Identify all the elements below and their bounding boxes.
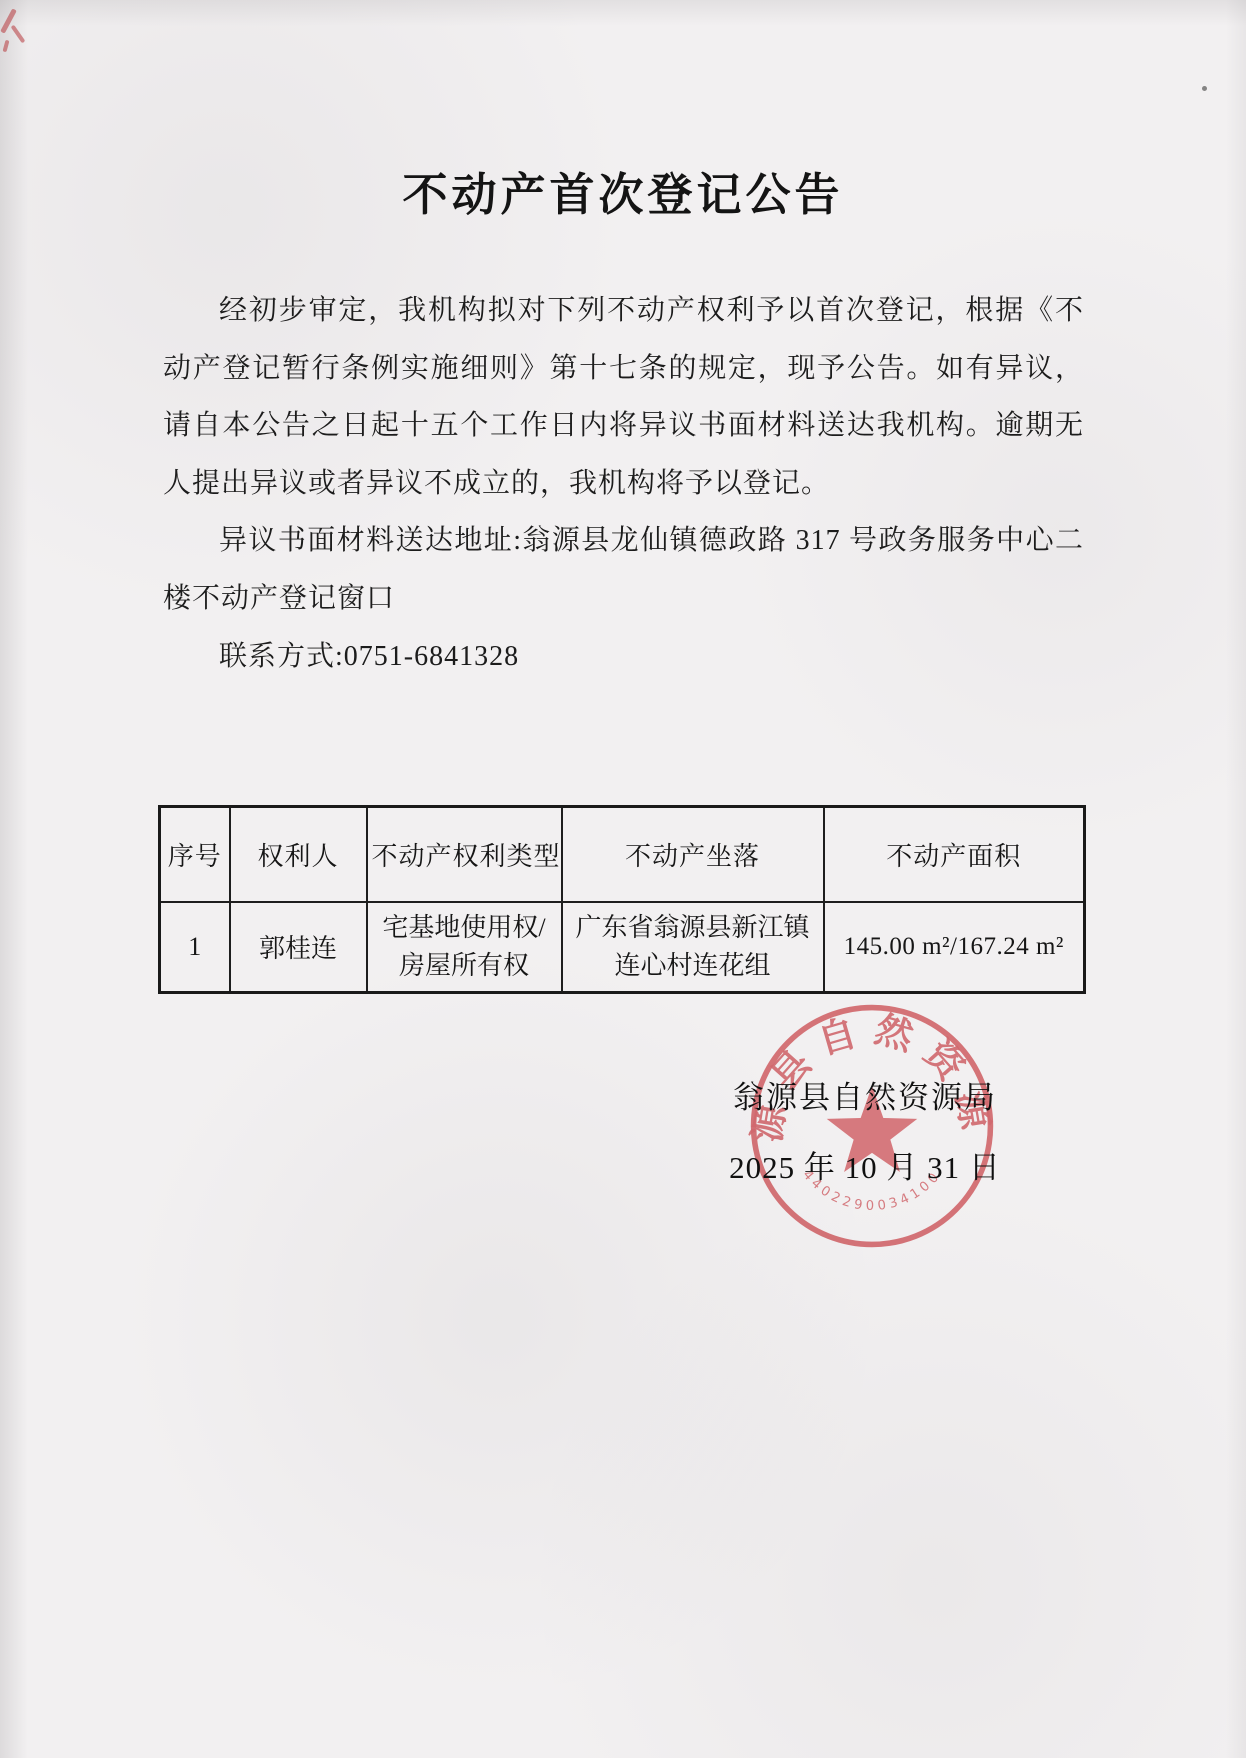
agency-signature: 翁源县自然资源局 <box>615 1072 1115 1117</box>
cell-area: 145.00 m²/167.24 m² <box>824 902 1085 993</box>
col-header-area: 不动产面积 <box>824 807 1085 902</box>
contact-paragraph: 联系方式:0751-6841328 <box>163 628 1084 686</box>
page-title: 不动产首次登记公告 <box>0 158 1246 223</box>
cell-right-type: 宅基地使用权/ 房屋所有权 <box>367 902 562 993</box>
col-header-holder: 权利人 <box>230 807 367 902</box>
table-header-row: 序号 权利人 不动产权利类型 不动产坐落 不动产面积 <box>160 807 1085 902</box>
cell-location: 广东省翁源县新江镇 连心村连花组 <box>562 902 824 993</box>
red-pen-mark <box>11 25 26 44</box>
announcement-document: 不动产首次登记公告 经初步审定，我机构拟对下列不动产权利予以首次登记，根据《不动… <box>0 0 1246 1758</box>
cell-holder: 郭桂连 <box>230 902 367 993</box>
registration-table: 序号 权利人 不动产权利类型 不动产坐落 不动产面积 1 郭桂连 宅基地使用权/… <box>158 805 1086 994</box>
official-seal: 翁源县自然资源局 4402290034100 <box>748 1002 996 1250</box>
body-paragraph: 经初步审定，我机构拟对下列不动产权利予以首次登记，根据《不动产登记暂行条例实施细… <box>163 282 1084 512</box>
col-header-right-type: 不动产权利类型 <box>367 807 562 902</box>
col-header-location: 不动产坐落 <box>562 807 824 902</box>
cell-seq: 1 <box>160 902 230 993</box>
col-header-seq: 序号 <box>160 807 230 902</box>
signature-date: 2025 年 10 月 31 日 <box>615 1142 1115 1187</box>
red-pen-mark <box>3 40 10 53</box>
ink-speck <box>1202 86 1207 91</box>
body-text: 经初步审定，我机构拟对下列不动产权利予以首次登记，根据《不动产登记暂行条例实施细… <box>163 282 1084 685</box>
table-row: 1 郭桂连 宅基地使用权/ 房屋所有权 广东省翁源县新江镇 连心村连花组 145… <box>160 902 1085 993</box>
address-paragraph: 异议书面材料送达地址:翁源县龙仙镇德政路 317 号政务服务中心二楼不动产登记窗… <box>163 512 1084 627</box>
